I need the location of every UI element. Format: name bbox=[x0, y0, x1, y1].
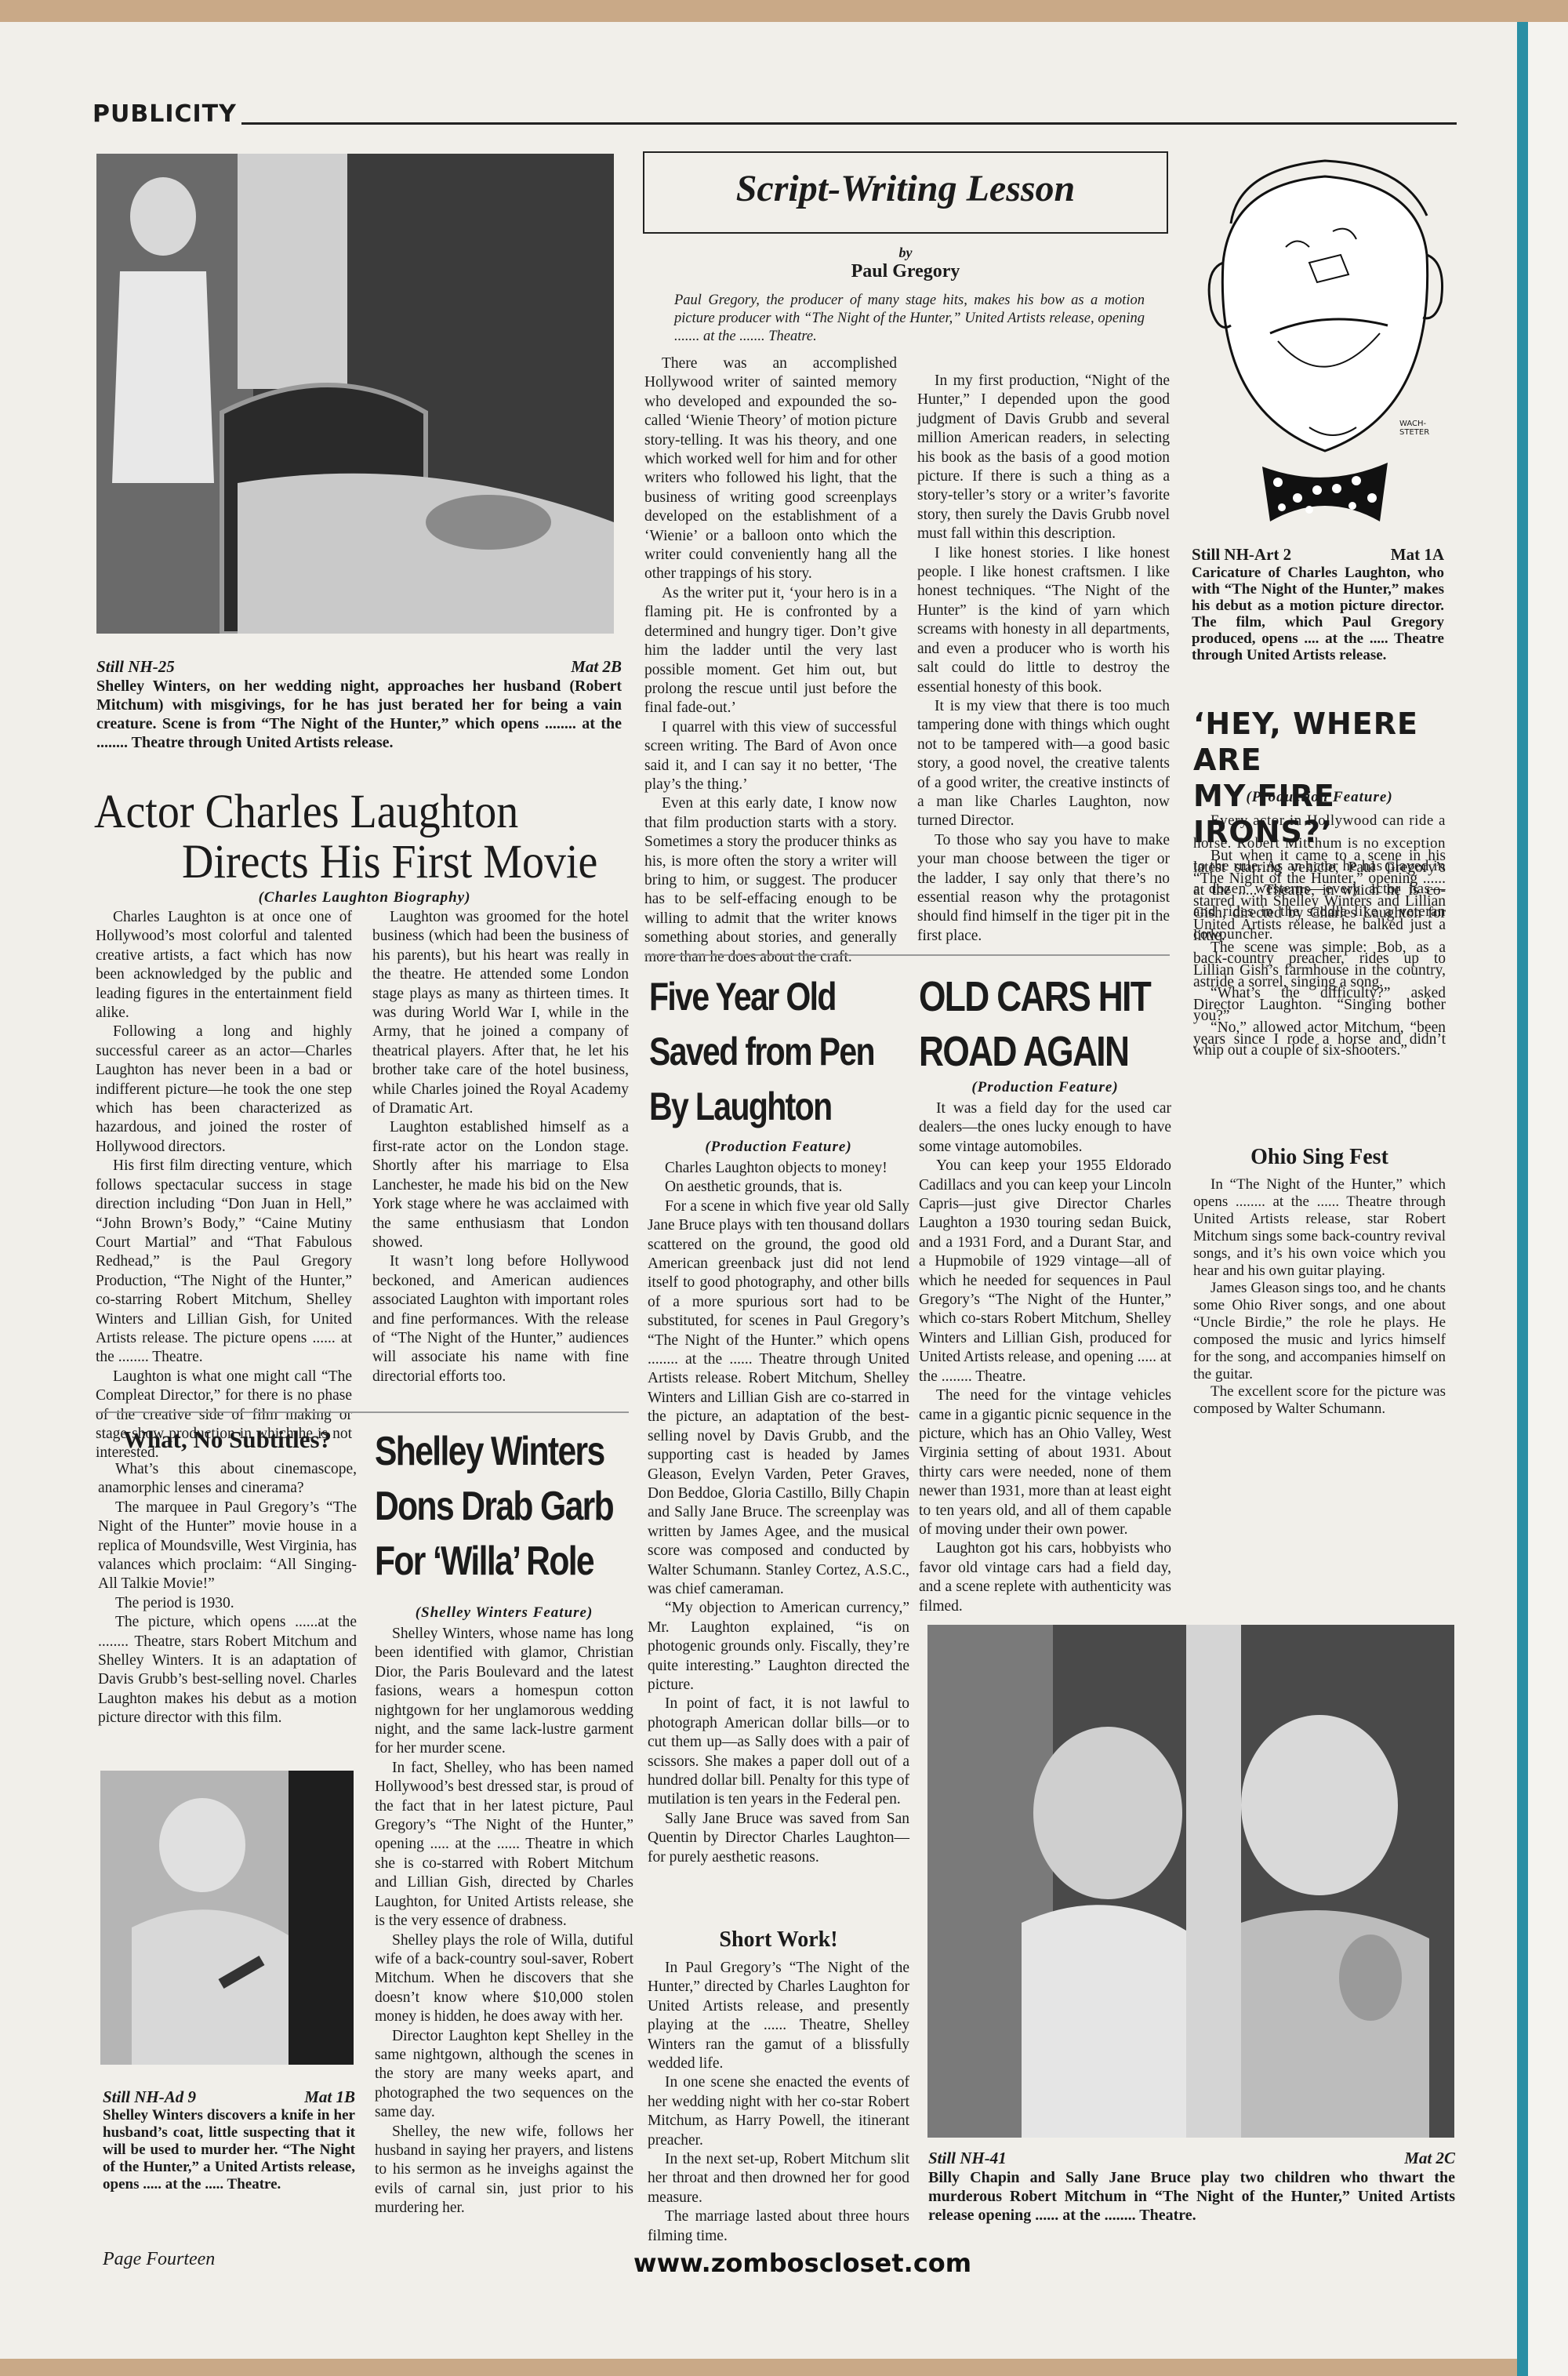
paragraph: It was a field day for the used car deal… bbox=[919, 1099, 1171, 1157]
script-lesson-body: There was an accomplished Hollywood writ… bbox=[644, 354, 1170, 967]
mat-id: Mat 1A bbox=[1391, 545, 1444, 565]
paragraph: James Gleason sings too, and he chants s… bbox=[1193, 1280, 1446, 1383]
paragraph: Following a long and highly successful c… bbox=[96, 1023, 352, 1157]
laughton-body: Charles Laughton is at once one of Holly… bbox=[96, 908, 629, 1463]
caption-text: Billy Chapin and Sally Jane Bruce play t… bbox=[928, 2168, 1455, 2225]
paragraph: It wasn’t long before Hollywood beckoned… bbox=[372, 1252, 629, 1386]
paragraph: You can keep your 1955 Eldorado Cadillac… bbox=[919, 1157, 1171, 1386]
laughton-kicker: (Charles Laughton Biography) bbox=[94, 889, 635, 906]
five-year-old-article: (Production Feature) Charles Laughton ob… bbox=[648, 1134, 909, 1867]
caricature-drawing: WACH-STETER bbox=[1192, 153, 1458, 545]
paragraph: The marquee in Paul Gregory’s “The Night… bbox=[98, 1499, 357, 1594]
paragraph: There was an accomplished Hollywood writ… bbox=[644, 354, 897, 584]
paragraph: The excellent score for the picture was … bbox=[1193, 1383, 1446, 1418]
headline-line: ‘HEY, WHERE ARE bbox=[1193, 706, 1452, 778]
shelley-article: (Shelley Winters Feature) Shelley Winter… bbox=[375, 1600, 633, 2218]
paragraph: In point of fact, it is not lawful to ph… bbox=[648, 1695, 909, 1809]
caption-still-nh25: Still NH-25 Mat 2B Shelley Winters, on h… bbox=[96, 657, 622, 752]
script-lesson-title: Script-Writing Lesson bbox=[643, 151, 1168, 234]
no-subtitles-headline: What, No Subtitles? bbox=[98, 1426, 357, 1454]
paragraph: In fact, Shelley, who has been named Hol… bbox=[375, 1759, 633, 1931]
shelley-body: Shelley Winters, whose name has long bee… bbox=[375, 1625, 633, 2218]
headline-line: ROAD AGAIN bbox=[919, 1024, 1131, 1079]
author-name: Paul Gregory bbox=[643, 261, 1168, 282]
paragraph: “My objection to American currency,” Mr.… bbox=[648, 1599, 909, 1695]
script-lesson-col-2: In my first production, “Night of the Hu… bbox=[917, 354, 1170, 967]
old-cars-headline: OLD CARS HIT ROAD AGAIN bbox=[919, 969, 1178, 1079]
headline-line: Saved from Pen bbox=[649, 1024, 862, 1079]
paragraph: As the writer put it, ‘your hero is in a… bbox=[644, 584, 897, 718]
shelley-kicker: (Shelley Winters Feature) bbox=[375, 1604, 633, 1622]
photo-bedroom-scene bbox=[96, 154, 614, 634]
paragraph: What’s this about cinemascope, anamorphi… bbox=[98, 1460, 357, 1499]
script-lesson-intro: Paul Gregory, the producer of many stage… bbox=[674, 292, 1145, 346]
divider bbox=[644, 954, 1170, 956]
ohio-headline: Ohio Sing Fest bbox=[1193, 1145, 1446, 1170]
paragraph: Laughton got his cars, hobbyists who fav… bbox=[919, 1539, 1171, 1616]
paragraph: On aesthetic grounds, that is. bbox=[648, 1178, 909, 1197]
paragraph: I like honest stories. I like honest peo… bbox=[917, 544, 1170, 697]
caption-text: Caricature of Charles Laughton, who with… bbox=[1192, 565, 1444, 663]
still-id: Still NH-25 bbox=[96, 657, 175, 677]
fire-irons-kicker: (Production Feature) bbox=[1193, 789, 1446, 806]
paragraph: It is my view that there is too much tam… bbox=[917, 697, 1170, 831]
caption-still-nh41: Still NH-41 Mat 2C Billy Chapin and Sall… bbox=[928, 2149, 1455, 2225]
paragraph: The period is 1930. bbox=[98, 1594, 357, 1613]
paragraph: The picture, which opens ......at the ..… bbox=[98, 1613, 357, 1728]
script-lesson-byline: by Paul Gregory bbox=[643, 245, 1168, 282]
page-number: Page Fourteen bbox=[103, 2249, 215, 2270]
short-work-body: In Paul Gregory’s “The Night of the Hunt… bbox=[648, 1959, 909, 2246]
paragraph: In “The Night of the Hunter,” which open… bbox=[1193, 1176, 1446, 1280]
paragraph: Charles Laughton objects to money! bbox=[648, 1159, 909, 1178]
section-header: PUBLICITY bbox=[93, 100, 1457, 128]
five-year-old-body: Charles Laughton objects to money! On ae… bbox=[648, 1159, 909, 1867]
paragraph: His first film directing venture, which … bbox=[96, 1157, 352, 1367]
caption-header: Still NH-Art 2 Mat 1A bbox=[1192, 545, 1444, 565]
no-subtitles-article: What, No Subtitles? What’s this about ci… bbox=[98, 1426, 357, 1728]
old-cars-kicker: (Production Feature) bbox=[919, 1079, 1171, 1096]
paragraph: Charles Laughton is at once one of Holly… bbox=[96, 908, 352, 1023]
caption-still-nhad9: Still NH-Ad 9 Mat 1B Shelley Winters dis… bbox=[103, 2087, 355, 2193]
paragraph: Sally Jane Bruce was saved from San Quen… bbox=[648, 1810, 909, 1867]
still-id: Still NH-41 bbox=[928, 2149, 1007, 2168]
paragraph: I quarrel with this view of successful s… bbox=[644, 718, 897, 795]
caption-still-nhart2: Still NH-Art 2 Mat 1A Caricature of Char… bbox=[1192, 545, 1444, 663]
paragraph: Even at this early date, I know now that… bbox=[644, 794, 897, 967]
headline-line: Shelley Winters bbox=[375, 1424, 587, 1479]
photo-still-nh25 bbox=[96, 154, 614, 634]
old-cars-article: (Production Feature) It was a field day … bbox=[919, 1074, 1171, 1616]
headline-line: OLD CARS HIT bbox=[919, 969, 1131, 1024]
paragraph: The marriage lasted about three hours fi… bbox=[648, 2207, 909, 2246]
paragraph: Director Laughton kept Shelley in the sa… bbox=[375, 2027, 633, 2123]
paragraph: “What’s the difficulty?” asked Director … bbox=[1193, 988, 1446, 1023]
headline-line: Five Year Old bbox=[649, 969, 862, 1024]
divider bbox=[96, 1411, 629, 1413]
section-label: PUBLICITY bbox=[93, 100, 237, 128]
caricature-laughton-icon bbox=[1192, 153, 1458, 545]
artist-signature: WACH-STETER bbox=[1399, 420, 1446, 437]
paragraph: The scene was simple: Bob, as a back-cou… bbox=[1193, 943, 1446, 988]
old-cars-body: It was a field day for the used car deal… bbox=[919, 1099, 1171, 1616]
paragraph: In my first production, “Night of the Hu… bbox=[917, 372, 1170, 544]
paragraph: For a scene in which five year old Sally… bbox=[648, 1197, 909, 1600]
photo-knife-scene bbox=[100, 1771, 354, 2065]
paragraph: The need for the vintage vehicles came i… bbox=[919, 1386, 1171, 1539]
script-lesson-col-1: There was an accomplished Hollywood writ… bbox=[644, 354, 897, 967]
headline-line-1: Actor Charles Laughton bbox=[94, 784, 635, 839]
short-work-article: Short Work! In Paul Gregory’s “The Night… bbox=[648, 1927, 909, 2246]
laughton-headline: Actor Charles Laughton Directs His First… bbox=[94, 784, 635, 894]
by-label: by bbox=[643, 245, 1168, 261]
caption-header: Still NH-25 Mat 2B bbox=[96, 657, 622, 677]
headline-line: For ‘Willa’ Role bbox=[375, 1534, 587, 1589]
ohio-body: In “The Night of the Hunter,” which open… bbox=[1193, 1176, 1446, 1418]
paragraph: Shelley plays the role of Willa, dutiful… bbox=[375, 1931, 633, 2027]
mat-id: Mat 2B bbox=[571, 657, 622, 677]
paragraph: To those who say you have to make your m… bbox=[917, 831, 1170, 946]
paragraph: “No,” allowed actor Mitchum, “been years… bbox=[1193, 1023, 1446, 1057]
laughton-col-1: Charles Laughton is at once one of Holly… bbox=[96, 908, 352, 1463]
paragraph: In the next set-up, Robert Mitchum slit … bbox=[648, 2150, 909, 2207]
ohio-sing-fest-article: Ohio Sing Fest In “The Night of the Hunt… bbox=[1193, 1145, 1446, 1418]
shelley-headline: Shelley Winters Dons Drab Garb For ‘Will… bbox=[375, 1424, 633, 1589]
five-year-old-kicker: (Production Feature) bbox=[648, 1139, 909, 1156]
paragraph: In one scene she enacted the events of h… bbox=[648, 2073, 909, 2150]
paragraph: In Paul Gregory’s “The Night of the Hunt… bbox=[648, 1959, 909, 2073]
five-year-old-headline: Five Year Old Saved from Pen By Laughton bbox=[649, 969, 908, 1134]
headline-line-2: Directs His First Movie bbox=[94, 834, 635, 889]
laughton-col-2: Laughton was groomed for the hotel busin… bbox=[372, 908, 629, 1463]
paragraph: Shelley Winters, whose name has long bee… bbox=[375, 1625, 633, 1759]
photo-still-nh41 bbox=[927, 1625, 1454, 2138]
watermark-url: www.zomboscloset.com bbox=[633, 2248, 971, 2278]
headline-line: Dons Drab Garb bbox=[375, 1479, 587, 1534]
still-id: Still NH-Ad 9 bbox=[103, 2087, 196, 2107]
photo-still-nhad9 bbox=[100, 1771, 354, 2065]
mat-id: Mat 2C bbox=[1404, 2149, 1455, 2168]
paragraph: Laughton established himself as a first-… bbox=[372, 1118, 629, 1252]
still-id: Still NH-Art 2 bbox=[1192, 545, 1291, 565]
photo-children-scene bbox=[927, 1625, 1454, 2138]
binding-spine bbox=[1517, 22, 1528, 2376]
paragraph: Shelley, the new wife, follows her husba… bbox=[375, 2123, 633, 2218]
headline-line: By Laughton bbox=[649, 1079, 862, 1134]
paragraph: Laughton was groomed for the hotel busin… bbox=[372, 908, 629, 1118]
mat-id: Mat 1B bbox=[304, 2087, 355, 2107]
short-work-headline: Short Work! bbox=[648, 1927, 909, 1953]
paragraph: But when it came to a scene in his lates… bbox=[1193, 851, 1446, 943]
caption-header: Still NH-Ad 9 Mat 1B bbox=[103, 2087, 355, 2107]
no-subtitles-body: What’s this about cinemascope, anamorphi… bbox=[98, 1460, 357, 1728]
caption-text: Shelley Winters discovers a knife in her… bbox=[103, 2107, 355, 2193]
caption-text: Shelley Winters, on her wedding night, a… bbox=[96, 677, 622, 752]
fire-irons-body-cont: But when it came to a scene in his lates… bbox=[1193, 851, 1446, 1057]
header-rule bbox=[241, 122, 1457, 125]
caption-header: Still NH-41 Mat 2C bbox=[928, 2149, 1455, 2168]
